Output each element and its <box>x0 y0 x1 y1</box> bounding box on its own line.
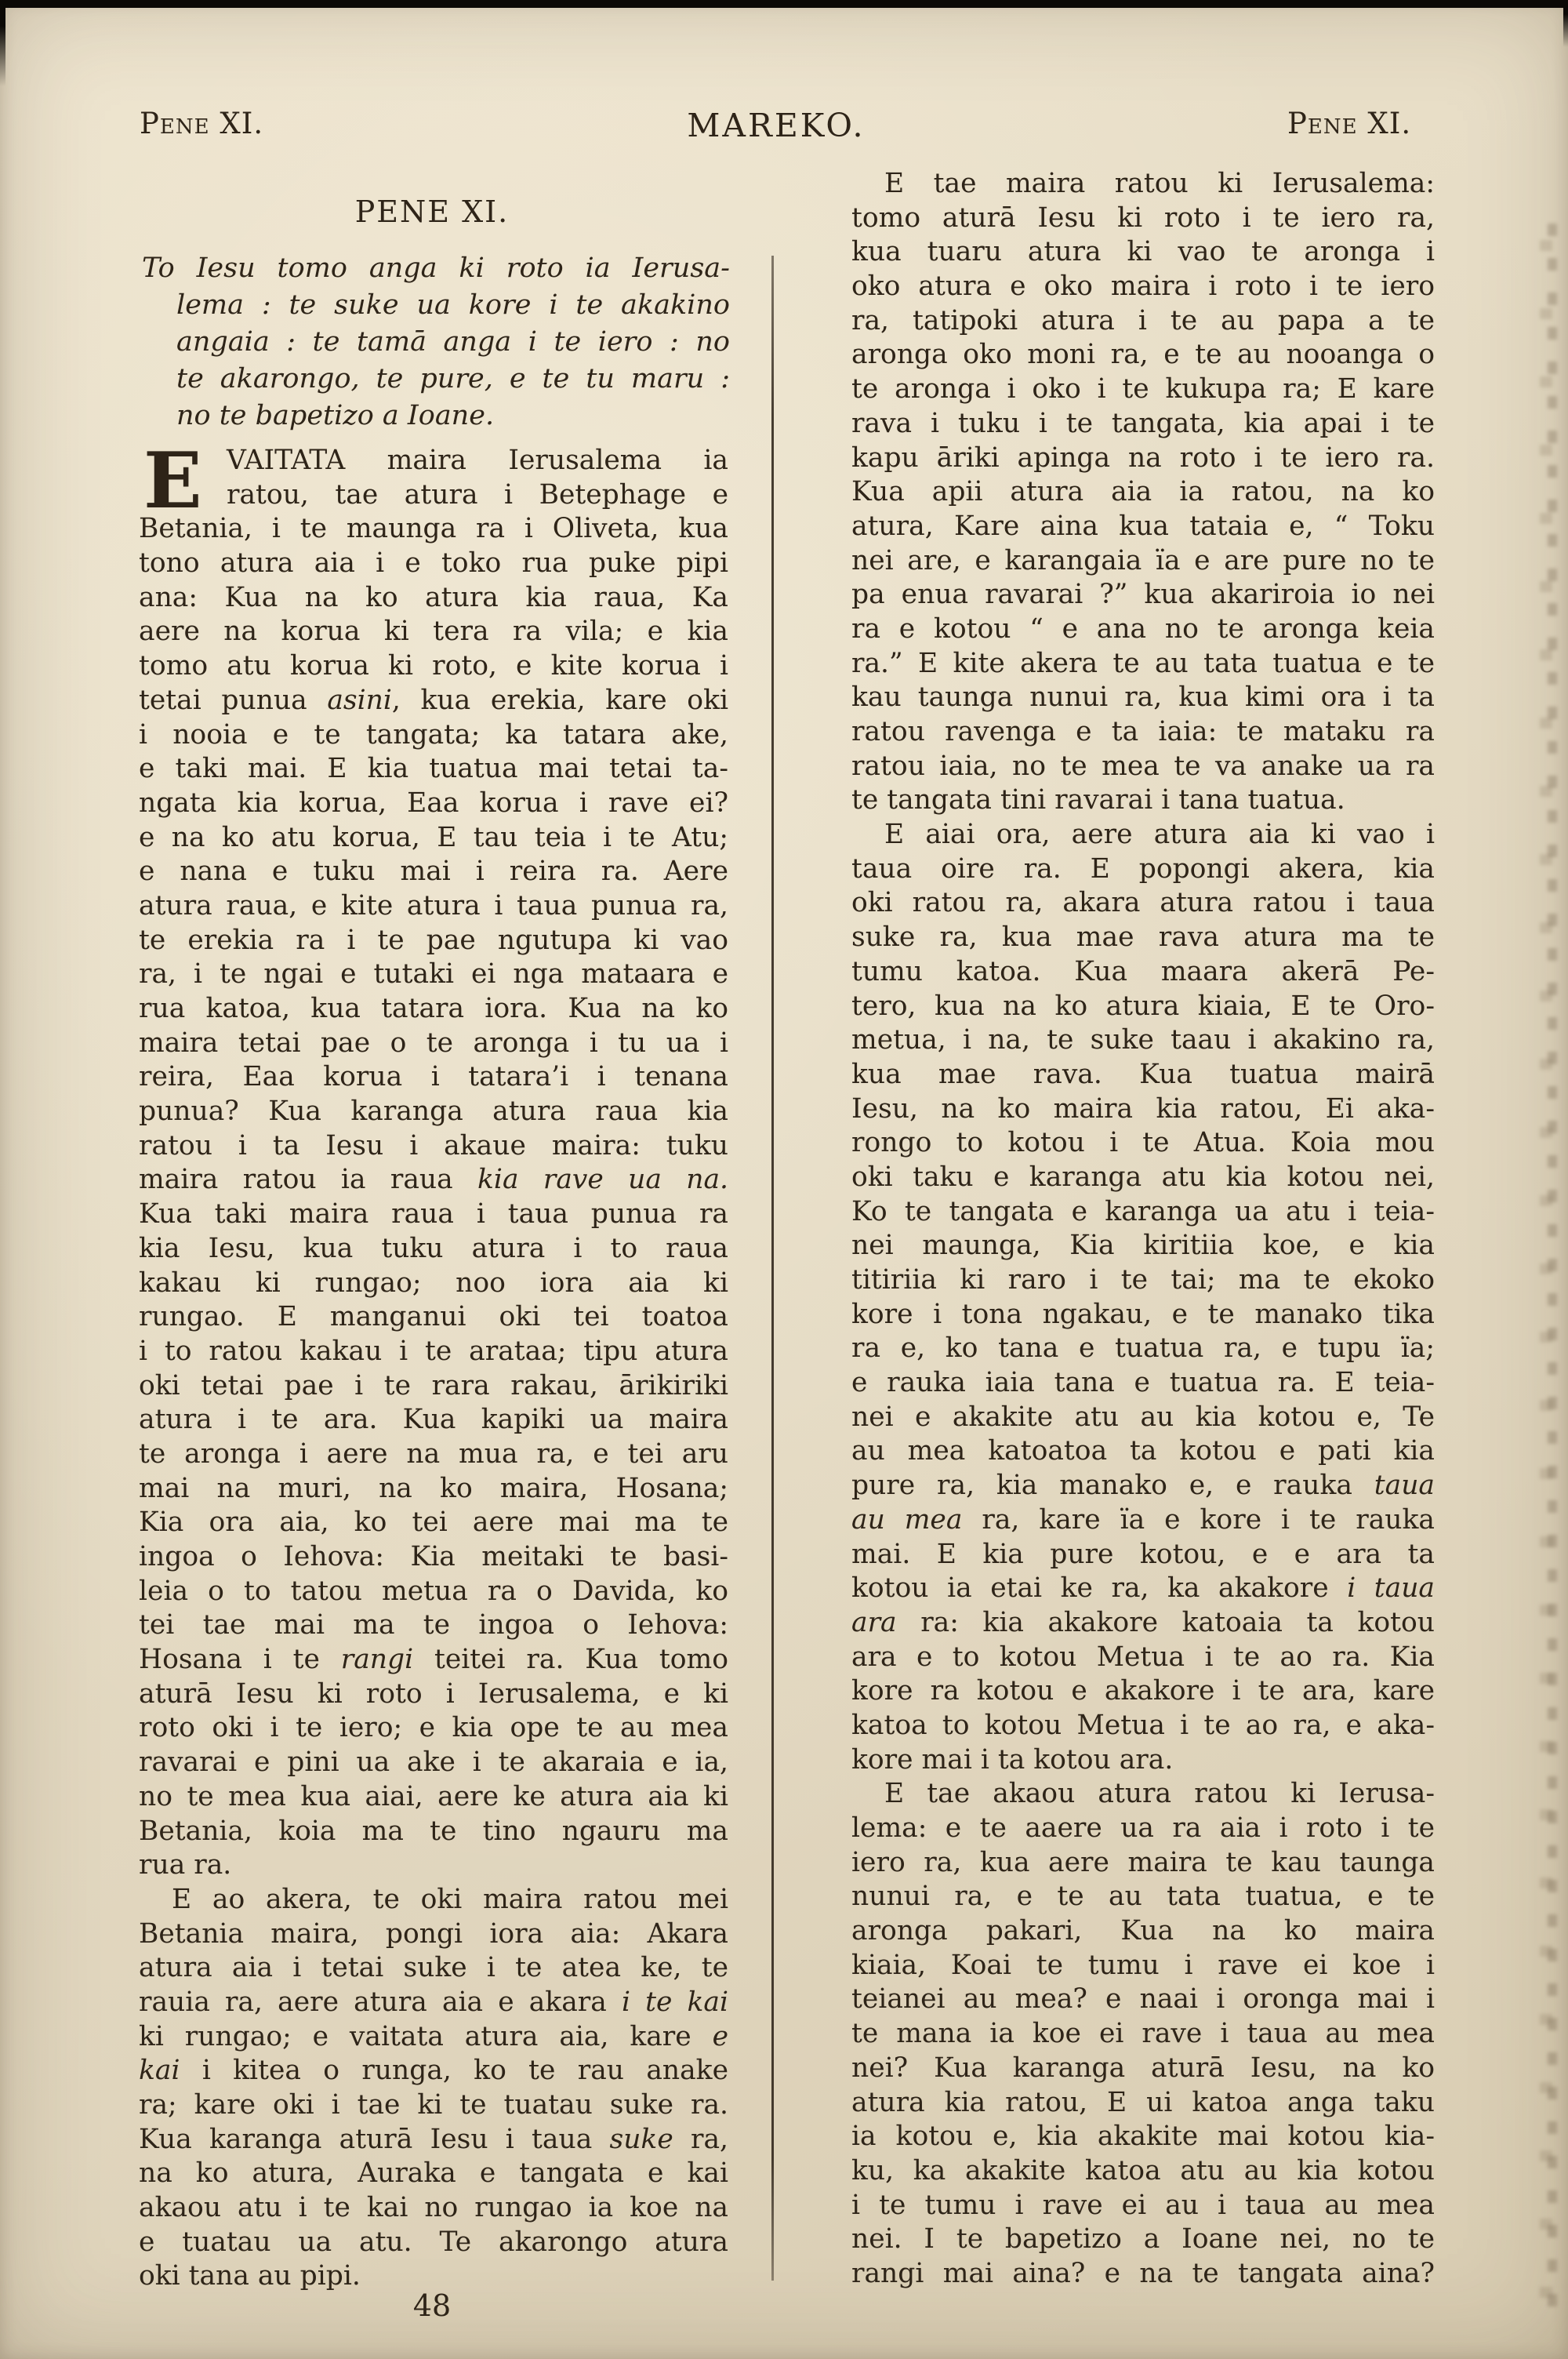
text-line: maira tetai pae o te aronga i tu ua i <box>139 1027 728 1061</box>
text-line: tomo atu korua ki roto, e kite korua i <box>139 649 728 684</box>
text-line: Betania, i te maunga ra i Oliveta, kua <box>139 512 728 547</box>
text-line: akaou atu i te kai no rungao ia koe na <box>139 2191 728 2226</box>
text-line: tetai punua asini, kua erekia, kare oki <box>139 684 728 718</box>
text-line: ku, ka akakite katoa atu au kia kotou <box>851 2154 1435 2189</box>
text-line: i te tumu i rave ei au i taua au mea <box>851 2189 1435 2223</box>
running-head-right: Pene XI. <box>1287 107 1411 140</box>
adjacent-page-edge <box>1537 216 1568 2317</box>
text-line: 12E ao akera, te oki maira ratou mei <box>139 1883 728 1917</box>
text-line: 17Kua apii atura aia ia ratou, na ko <box>851 475 1435 510</box>
text-line: 8rungao. E manganui oki tei toatoa <box>139 1300 728 1335</box>
text-line: kiaia, Koai te tumu i rave ei koe i <box>851 1949 1435 1983</box>
text-line: 23rongo to kotou i te Atua. Koia mou <box>851 1126 1435 1161</box>
running-head-left: Pene XI. <box>140 107 263 140</box>
text-column-right: 15E tae maira ratou ki Ierusalema:tomo a… <box>851 167 1435 2292</box>
text-line: au mea katoatoa ta kotou e pati kia <box>851 1434 1435 1469</box>
text-line: te mana ia koe ei rave i taua au mea <box>851 2017 1435 2052</box>
text-line: nunui ra, e te au tata tuatua, e te <box>851 1880 1435 1914</box>
text-line: na ko atura, Auraka e tangata e kai <box>139 2157 728 2191</box>
text-line: 7Kua taki maira raua i taua punua ra <box>139 1198 728 1232</box>
text-line: rangi mai aina? e na te tangata aina? <box>851 2257 1435 2292</box>
chapter-summary: To Iesu tomo anga ki roto ia Ierusa- lem… <box>142 250 730 434</box>
text-line: nei e akakite atu au kia kotou e, Te <box>851 1401 1435 1435</box>
running-head: Pene XI. MAREKO. Pene XI. <box>0 107 1568 146</box>
text-line: kia Iesu, kua tuku atura i to raua <box>139 1232 728 1267</box>
text-line: ra; kare oki i tae ki te tuatau suke ra. <box>139 2088 728 2123</box>
text-line: 28aronga pakari, Kua na ko maira <box>851 1914 1435 1949</box>
text-line: rua ra. <box>139 1848 728 1883</box>
text-line: pa enua ravarai ?” kua akariroia io nei <box>851 578 1435 612</box>
text-line: oki tetai pae i te rara rakau, ārikiriki <box>139 1369 728 1404</box>
text-line: 2ana: Kua na ko atura kia raua, Ka <box>139 581 728 616</box>
text-line: 6punua? Kua karanga atura raua kia <box>139 1095 728 1129</box>
text-line: 29nei? Kua karanga aturā Iesu, na ko <box>851 2052 1435 2086</box>
text-line: oki taku e karanga atu kia kotou nei, <box>851 1161 1435 1195</box>
text-line: te erekia ra i te pae ngutupa ki vao <box>139 924 728 958</box>
text-line: 21tumu katoa. Kua maara akerā Pe- <box>851 955 1435 990</box>
text-line: Betania, koia ma te tino ngauru ma <box>139 1815 728 1849</box>
text-line: 30nei. I te bapetizo a Ioane nei, no te <box>851 2223 1435 2257</box>
text-line: iero ra, kua aere maira te kau taunga <box>851 1846 1435 1881</box>
text-line: au mea ra, kare ïa e kore i te rauka <box>851 1503 1435 1538</box>
text-line: 24e rauka iaia tana e tuatua ra. E teia- <box>851 1366 1435 1401</box>
text-line: 5rua katoa, kua tatara iora. Kua na ko <box>139 992 728 1027</box>
text-line: 1VAITATA maira Ierusalema ia <box>139 444 728 478</box>
column-divider-rule <box>771 256 774 2281</box>
text-line: 15E tae maira ratou ki Ierusalema: <box>851 167 1435 202</box>
text-line: nei are, e karangaia ïa e are pure no te <box>851 544 1435 579</box>
text-line: pure ra, kia manako e, e rauka taua <box>851 1469 1435 1503</box>
text-line: titiriia ki raro i te tai; ma te ekoko <box>851 1263 1435 1298</box>
text-line: tomo aturā Iesu ki roto i te iero ra, <box>851 202 1435 236</box>
text-line: rava i tuku i te tangata, kia apai i te <box>851 407 1435 442</box>
text-line: 4e nana e tuku mai i reira ra. Aere <box>139 855 728 889</box>
text-line: kore ra kotou e akakore i te ara, kare <box>851 1674 1435 1709</box>
text-line: kotou ia etai ke ra, ka akakore i taua <box>851 1572 1435 1606</box>
text-line: tono atura aia i e toko rua puke pipi <box>139 547 728 581</box>
book-page-scan: Pene XI. MAREKO. Pene XI. PENE XI. To Ie… <box>0 0 1568 2359</box>
text-line: oki ratou ra, akara atura ratou i taua <box>851 886 1435 921</box>
summary-line: te akarongo, te pure, e te tu maru : <box>142 361 730 398</box>
text-line: kapu āriki apinga na roto i te iero ra. <box>851 442 1435 476</box>
text-line: tei tae mai ma te ingoa o Iehova: <box>139 1608 728 1643</box>
text-line: ra e, ko tana e tuatua ra, e tupu ïa; <box>851 1332 1435 1366</box>
text-line: kau taunga nunui ra, kua kimi ora i ta <box>851 681 1435 715</box>
text-line: ratou, tae atura i Betephage e <box>139 478 728 513</box>
summary-line: angaia : te tamā anga i te iero : no <box>142 324 730 361</box>
text-line: i to ratou kakau i te arataa; tipu atura <box>139 1335 728 1369</box>
text-line: mai na muri, na ko maira, Hosana; <box>139 1472 728 1507</box>
text-line: nei maunga, Kia kiritiia koe, e kia <box>851 1229 1435 1263</box>
text-line: leia o to tatou metua ra o Davida, ko <box>139 1575 728 1609</box>
text-line: no te mea kua aiai, aere ke atura aia ki <box>139 1780 728 1815</box>
text-line: atura, Kare aina kua tataia e, “ Toku <box>851 510 1435 544</box>
text-line: atura kia ratou, E ui katoa anga taku <box>851 2086 1435 2121</box>
text-line: aere na korua ki tera ra vila; e kia <box>139 615 728 649</box>
text-line: te aronga i aere na mua ra, e tei aru <box>139 1438 728 1472</box>
photo-top-edge <box>0 0 1568 8</box>
text-line: 19E aiai ora, aere atura aia ki vao i <box>851 818 1435 852</box>
text-line: roto oki i te iero; e kia ope te au mea <box>139 1711 728 1746</box>
text-line: Ko te tangata e karanga ua atu i teia- <box>851 1195 1435 1230</box>
text-line: kore mai i ta kotou ara. <box>851 1743 1435 1778</box>
text-line: e na ko atu korua, E tau teia i te Atu; <box>139 821 728 856</box>
text-line: Iesu, na ko maira kia ratou, Ei aka- <box>851 1092 1435 1127</box>
photo-corner-shadow <box>1563 0 1568 47</box>
text-line: 26ara e to kotou Metua i te ao ra. Kia <box>851 1641 1435 1675</box>
text-line: kakau ki rungao; noo iora aia ki <box>139 1267 728 1301</box>
chapter-title: PENE XI. <box>137 194 727 229</box>
text-line: 16te aronga i oko i te kukupa ra; E kare <box>851 373 1435 407</box>
text-line: 10ingoa o Iehova: Kia meitaki te basi- <box>139 1540 728 1575</box>
text-line: metua, i na, te suke taau i akakino ra, <box>851 1023 1435 1058</box>
text-line: 3e taki mai. E kia tuatua mai tetai ta- <box>139 752 728 787</box>
summary-line: To Iesu tomo anga ki roto ia Ierusa- <box>142 250 730 287</box>
text-line: aturā Iesu ki roto i Ierusalema, e ki <box>139 1677 728 1712</box>
text-line: 11Hosana i te rangi teitei ra. Kua tomo <box>139 1643 728 1677</box>
text-line: suke ra, kua mae rava atura ma te <box>851 921 1435 955</box>
text-line: e tuatau ua atu. Te akarongo atura <box>139 2226 728 2260</box>
text-line: kua tuaru atura ki vao te aronga i <box>851 235 1435 270</box>
text-column-left: 1VAITATA maira Ierusalema iaratou, tae a… <box>139 444 728 2294</box>
photo-corner-shadow <box>0 0 5 86</box>
text-line: ra, i te ngai e tutaki ei nga mataara e <box>139 958 728 992</box>
text-line: oko atura e oko maira i roto i te iero <box>851 270 1435 304</box>
text-line: rauia ra, aere atura aia e akara i te ka… <box>139 1986 728 2020</box>
text-line: 18ra.” E kite akera te au tata tuatua e … <box>851 647 1435 682</box>
text-line: 25mai. E kia pure kotou, e e ara ta <box>851 1538 1435 1572</box>
text-line: katoa to kotou Metua i te ao ra, e aka- <box>851 1709 1435 1743</box>
text-line: aronga oko moni ra, e te au nooanga o <box>851 338 1435 373</box>
text-line: lema: e te aaere ua ra aia i roto i te <box>851 1812 1435 1846</box>
text-line: ia kotou e, kia akakite mai kotou kia- <box>851 2120 1435 2154</box>
text-line: maira ratou ia raua kia rave ua na. <box>139 1163 728 1198</box>
summary-line: lema : te suke ua kore i te akakino <box>142 287 730 324</box>
text-line: ratou ravenga e ta iaia: te mataku ra <box>851 715 1435 750</box>
text-line: 9atura i te ara. Kua kapiki ua maira <box>139 1403 728 1438</box>
text-line: ki rungao; e vaitata atura aia, kare e <box>139 2020 728 2055</box>
text-line: ngata kia korua, Eaa korua i rave ei? <box>139 787 728 821</box>
text-line: te tangata tini ravarai i tana tuatua. <box>851 783 1435 818</box>
text-line: ravarai e pini ua ake i te akaraia e ia, <box>139 1746 728 1780</box>
text-line: 13Betania maira, pongi iora aia: Akara <box>139 1917 728 1952</box>
page-number: 48 <box>137 2288 727 2323</box>
text-line: kai i kitea o runga, ko te rau anake <box>139 2054 728 2088</box>
text-line: ratou iaia, no te mea te va anake ua ra <box>851 750 1435 784</box>
text-line: i nooia e te tangata; ka tatara ake, <box>139 718 728 753</box>
text-line: 20taua oire ra. E popongi akera, kia <box>851 852 1435 887</box>
text-line: ara ra: kia akakore katoaia ta kotou <box>851 1606 1435 1641</box>
text-line: ratou i ta Iesu i akaue maira: tuku <box>139 1129 728 1164</box>
text-line: kore i tona ngakau, e te manako tika <box>851 1298 1435 1332</box>
text-line: 27E tae akaou atura ratou ki Ierusa- <box>851 1777 1435 1812</box>
text-line: atura raua, e kite atura i taua punua ra… <box>139 889 728 924</box>
summary-line: no te bapetizo a Ioane. <box>142 398 730 434</box>
text-line: reira, Eaa korua i tatara’i i tenana <box>139 1060 728 1095</box>
text-line: atura aia i tetai suke i te atea ke, te <box>139 1951 728 1986</box>
text-line: ra, tatipoki atura i te au papa a te <box>851 304 1435 339</box>
text-line: tero, kua na ko atura kiaia, E te Oro- <box>851 990 1435 1024</box>
text-line: 14Kua karanga aturā Iesu i taua suke ra, <box>139 2123 728 2157</box>
text-line: ra e kotou “ e ana no te aronga keia <box>851 612 1435 647</box>
text-line: 22kua mae rava. Kua tuatua mairā <box>851 1058 1435 1092</box>
text-line: teianei au mea? e naai i oronga mai i <box>851 1983 1435 2017</box>
text-line: Kia ora aia, ko tei aere mai ma te <box>139 1506 728 1540</box>
running-head-title: MAREKO. <box>687 107 865 144</box>
